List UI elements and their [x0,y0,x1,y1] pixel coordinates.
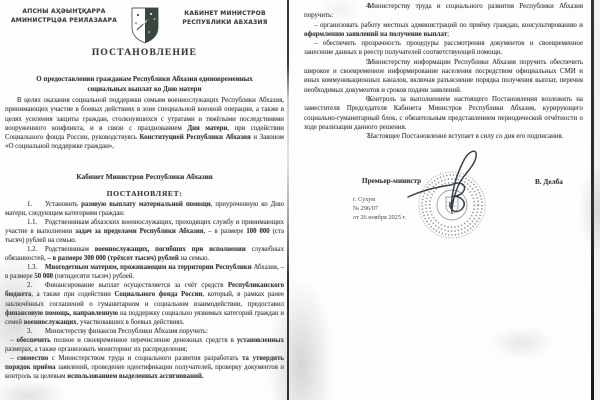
scanned-decree-document: АПСНЫ АҲӘЫНҬҚАРРА АМИНИСТРЦӘА РЕИЛАЗААРА… [0,0,600,400]
letterhead-abkhaz: АПСНЫ АҲӘЫНҬҚАРРА АМИНИСТРЦӘА РЕИЛАЗААРА [5,8,123,25]
paragraph-item-4: 4.Министерству труда и социального разви… [304,2,583,21]
letterhead-abkhaz-line1: АПСНЫ АҲӘЫНҬҚАРРА [5,8,123,17]
document-type-heading: ПОСТАНОВЛЕНИЕ [5,48,284,58]
document-page-2: 4.Министерству труда и социального разви… [292,0,592,400]
page-fold-divider [287,0,289,400]
paragraph-item-2: 2.Финансирование выплат осуществляется з… [5,281,284,326]
paragraph-item-1-2: 1.2.Родственникам военнослужащих, погибш… [5,245,284,263]
resolution-items-page2: 4.Министерству труда и социального разви… [304,2,583,141]
document-title-line1: О предоставлении гражданам Республики Аб… [5,75,284,85]
document-number: № 296/07 [353,204,406,213]
paragraph-item-3: 3.Министерству финансов Республики Абхаз… [5,327,284,336]
paragraph-item-1-3: 1.3.Многодетным матерям, проживающим на … [5,263,284,281]
document-page-1: АПСНЫ АҲӘЫНҬҚАРРА АМИНИСТРЦӘА РЕИЛАЗААРА… [0,0,287,400]
paragraph-item-6: 6.Контроль за выполнением настоящего Пос… [304,95,583,132]
document-place: г. Сухум [353,195,406,204]
official-stamp-and-signature [405,140,535,258]
resolution-items-page1: 1.Установить разовую выплату материально… [5,200,284,381]
document-date: от 26 ноября 2025 г. [353,213,406,222]
paragraph-item-1: 1.Установить разовую выплату материально… [5,200,284,218]
paragraph-item-4-dash1: – организовать работу местных администра… [304,21,583,40]
abkhazia-coat-of-arms-icon [130,6,160,44]
scan-background-strip [594,0,600,400]
letterhead: АПСНЫ АҲӘЫНҬҚАРРА АМИНИСТРЦӘА РЕИЛАЗААРА… [5,5,284,44]
paragraph-item-3-dash1: – обеспечить полное и своевременное пере… [5,336,284,354]
document-title: О предоставлении гражданам Республики Аб… [5,75,284,94]
signer-name: В. Делба [535,178,563,186]
document-title-line2: социальных выплат ко Дню матери [5,85,284,95]
paragraph-item-5: 5.Министерству информации Республики Абх… [304,58,583,95]
paragraph-item-4-dash2: – обеспечить прозрачность процедуры расс… [304,39,583,58]
preamble: В целях оказания социальной поддержки се… [5,96,284,152]
letterhead-abkhaz-line2: АМИНИСТРЦӘА РЕИЛАЗААРА [5,17,123,26]
letterhead-russian-line2: РЕСПУБЛИКИ АБХАЗИЯ [166,19,284,28]
paragraph-item-3-dash2: – совместно с Министерством труда и соци… [5,354,284,381]
paragraph-item-1-1: 1.1.Родственникам абхазских военнослужащ… [5,218,284,245]
letterhead-russian: КАБИНЕТ МИНИСТРОВ РЕСПУБЛИКИ АБХАЗИЯ [166,10,284,27]
preamble-paragraph: В целях оказания социальной поддержки се… [5,96,284,152]
letterhead-russian-line1: КАБИНЕТ МИНИСТРОВ [166,10,284,19]
document-requisites: г. Сухум № 296/07 от 26 ноября 2025 г. [353,195,406,222]
resolving-organ: Кабинет Министров Республики Абхазия [5,172,284,181]
resolves-word: ПОСТАНОВЛЯЕТ: [5,189,284,198]
